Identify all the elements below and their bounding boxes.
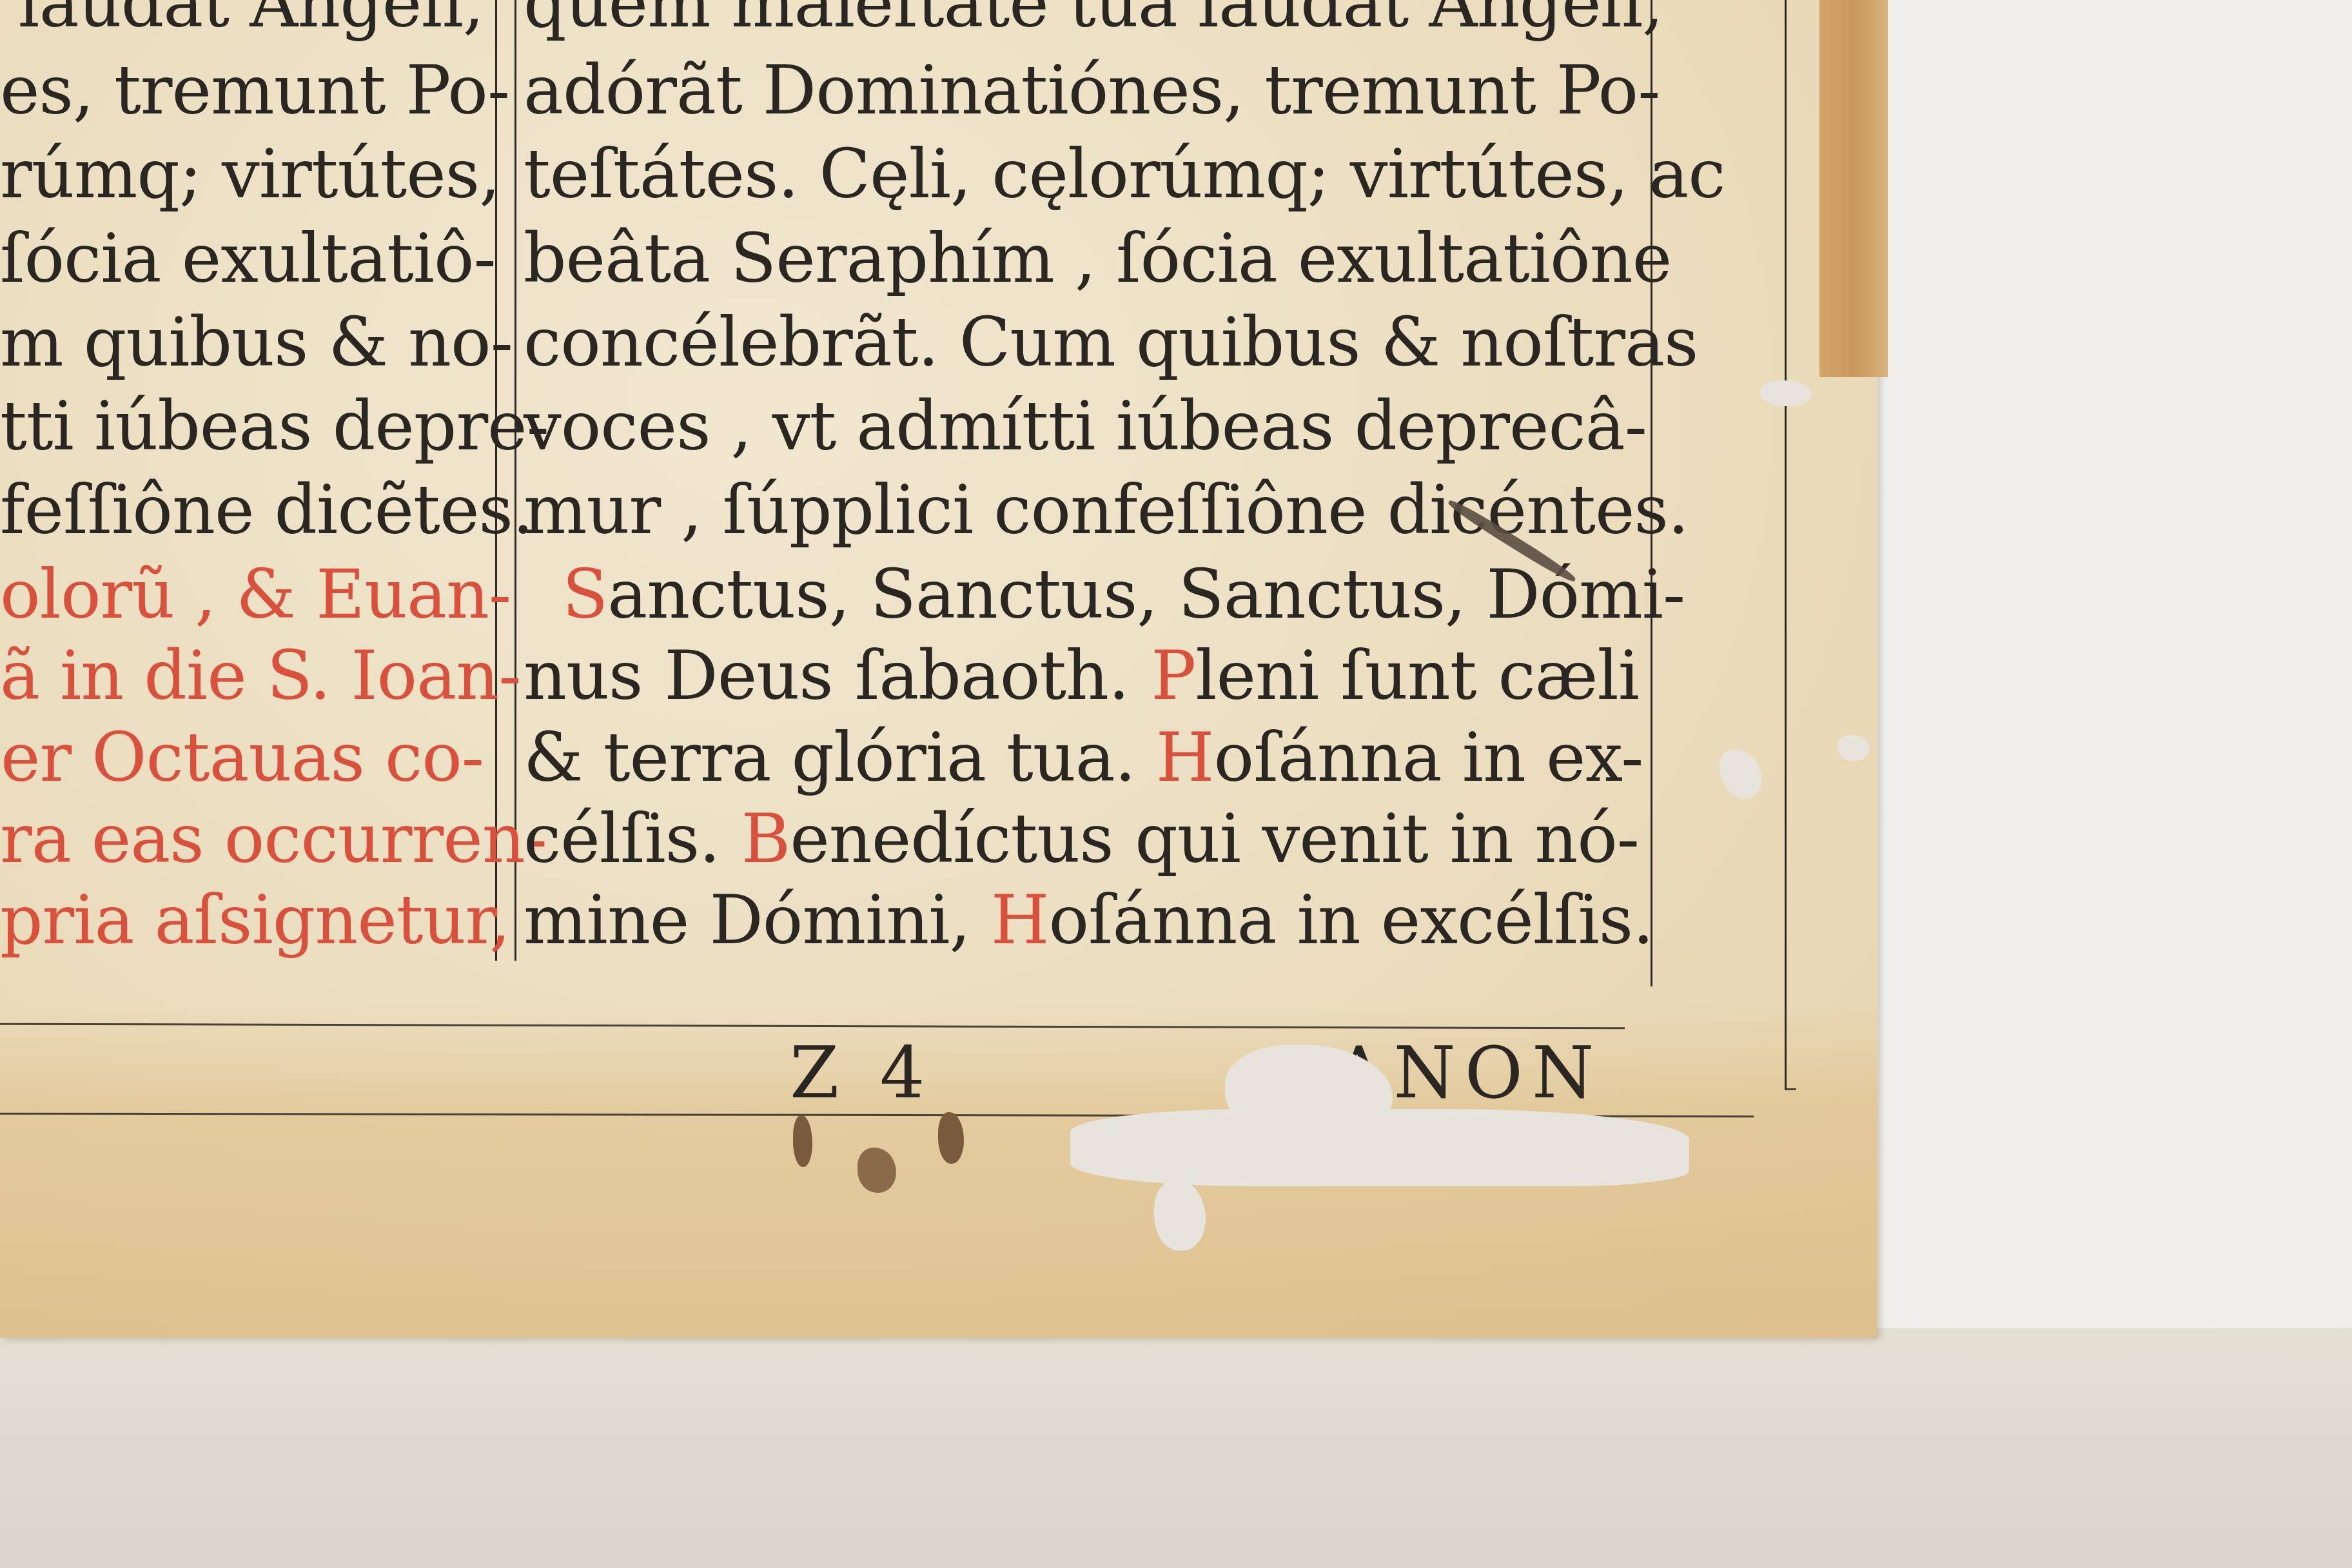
outer-frame-rule (1785, 0, 1787, 1090)
red-initial-h: H (1156, 718, 1214, 797)
sanctus-text: anctus, Sanctus, Sanctus, Dómi- (607, 555, 1685, 634)
line-text: célſis. (524, 799, 741, 878)
red-initial-p: P (1151, 636, 1195, 715)
left-line: laudat Angeli, (0, 0, 484, 45)
signature-mark: Z 4 (790, 1032, 934, 1114)
line-text: nus Deus ſabaoth. (524, 636, 1151, 715)
binding-strip (1819, 0, 1888, 377)
left-rubric-line: olorũ , & Euan- (0, 553, 484, 636)
right-line: quem maieſtate tua laudat Angeli, (524, 0, 1639, 45)
left-line: es, tremunt Po- (0, 48, 484, 132)
right-line: voces , vt admítti iúbeas deprecâ- (524, 384, 1639, 468)
line-text: oſánna in excélſis. (1048, 881, 1653, 959)
left-line: feſſiône dicẽtes. (0, 468, 484, 552)
paper-hole (1714, 743, 1768, 805)
left-line: rúmq; virtútes, (0, 132, 484, 216)
outer-frame-bottom-rule (1785, 1088, 1796, 1090)
line-text: enedíctus qui venit in nó- (790, 799, 1639, 878)
line-text: oſánna in ex- (1214, 718, 1643, 797)
background-shelf (0, 1328, 2352, 1568)
right-line: & terra glória tua. Hoſánna in ex- (524, 716, 1639, 799)
paper-hole (1760, 380, 1812, 406)
left-rubric-line: pria aſsignetur, (0, 878, 484, 962)
left-line: tti iúbeas depre- (0, 384, 484, 468)
left-line: ſócia exultatiô- (0, 217, 484, 300)
right-line: concélebrãt. Cum quibus & noſtras (524, 300, 1639, 384)
right-line: adórãt Dominatiónes, tremunt Po- (524, 48, 1639, 132)
book-page: laudat Angeli, es, tremunt Po- rúmq; vir… (0, 0, 1877, 1338)
right-line: nus Deus ſabaoth. Pleni ſunt cæli (524, 634, 1639, 718)
line-text: leni ſunt cæli (1195, 636, 1639, 715)
right-line: teſtátes. Cęli, cęlorúmq; virtútes, ac (524, 132, 1639, 216)
right-line: beâta Seraphím , ſócia exultatiône (524, 217, 1639, 300)
red-initial-h: H (991, 881, 1049, 959)
left-rubric-line: er Octauas co- (0, 716, 484, 799)
red-initial-b: B (741, 799, 790, 878)
line-text: mine Dómini, (524, 881, 991, 959)
red-initial-s: S (562, 555, 607, 634)
sanctus-line: Sanctus, Sanctus, Sanctus, Dómi- (524, 553, 1639, 636)
right-line: célſis. Benedíctus qui venit in nó- (524, 797, 1639, 881)
right-line: mine Dómini, Hoſánna in excélſis. (524, 878, 1639, 962)
left-rubric-line: ra eas occurren- (0, 797, 484, 881)
line-text: & terra glória tua. (524, 718, 1156, 797)
paper-hole (1837, 735, 1870, 761)
left-rubric-line: ã in die S. Ioan- (0, 634, 484, 718)
left-line: m quibus & no- (0, 300, 484, 384)
